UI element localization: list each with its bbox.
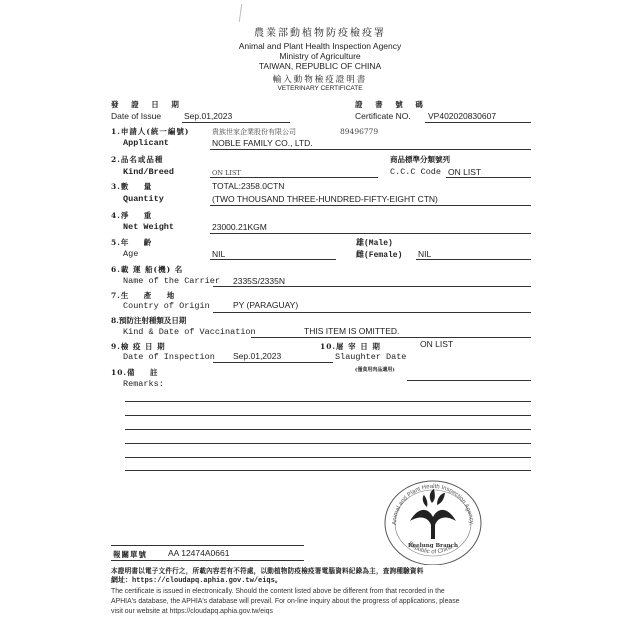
agency-name-cn: 農業部動植物防疫檢疫署 [0,24,640,39]
origin-label: Country of Origin [123,301,210,311]
vaccination-underline [251,337,531,338]
kind-underline [210,177,378,178]
slaughter-underline [407,380,531,381]
remarks-line-3 [125,429,531,430]
sex-value: NIL [418,249,431,259]
inspection-label: Date of Inspection [123,352,215,362]
official-seal: Animal and Plant Health Inspection Agenc… [382,477,484,565]
certificate-no-underline [425,122,531,123]
ccc-label-cn: 商品標準分類號列 [390,154,450,165]
remarks-line-6 [125,470,531,471]
remarks-line-1 [125,401,531,402]
age-value: NIL [212,249,225,259]
quantity-total: TOTAL:2358.0CTN [212,181,284,191]
age-label-cn: 5.年 齡 [111,237,152,248]
remarks-line-2 [125,415,531,416]
remarks-line-4 [125,443,531,444]
weight-value: 23000.21KGM [212,222,267,232]
issue-date-label: Date of Issue [111,111,161,121]
applicant-underline [210,149,531,150]
quantity-underline [210,205,531,206]
origin-value: PY (PARAGUAY) [233,300,298,310]
plant-emblem-icon [410,489,456,539]
footer-en-line-3: visit our website at https://cloudapq.ap… [111,608,273,615]
quantity-label: Quantity [123,194,164,204]
carrier-label-cn: 6.載 運 船(機) 名 [111,264,183,275]
origin-underline [213,312,531,313]
weight-label: Net Weight [123,222,174,232]
inspection-value: Sep.01,2023 [233,351,281,361]
vaccination-label: Kind & Date of Vaccination [123,327,256,337]
ccc-value: ON LIST [448,167,481,177]
kind-label: Kind/Breed [123,167,174,177]
agency-name-en: Animal and Plant Health Inspection Agenc… [0,41,640,51]
inspection-underline [213,362,333,363]
report-underline [111,560,304,561]
sex-female-label: 雌(Female) [356,249,402,260]
age-label: Age [123,249,138,259]
footer-cn-line-2: 網址：https://cloudapq.aphia.gov.tw/eiqs。 [111,575,282,585]
sex-underline [416,259,531,260]
applicant-id: 89496779 [340,127,378,136]
slaughter-value: ON LIST [420,339,453,349]
vaccination-value: THIS ITEM IS OMITTED. [304,326,399,336]
ministry-name: Ministry of Agriculture [0,51,640,61]
certificate-no-label: Certificate NO. [355,111,411,121]
weight-underline [210,233,531,234]
carrier-value: 2335S/2335N [233,276,285,286]
footer-cn-line-1: 本證明書以電子文件行之，所載內容若有不符處，以動植物防疫檢疫署電腦資料紀錄為主，… [111,565,424,575]
kind-label-cn: 2.品名或品種 [111,154,163,165]
inspection-label-cn: 9.檢 疫 日 期 [111,341,166,352]
country-name: TAIWAN, REPUBLIC OF CHINA [0,61,640,71]
origin-label-cn: 7.生 產 地 [111,290,175,301]
weight-label-cn: 4.淨 重 [111,210,152,221]
issue-date-label-cn: 發 證 日 期 [111,99,184,110]
ccc-label: C.C.C Code [390,167,441,177]
report-label-cn: 報關單號 [113,549,147,560]
report-topline [111,545,304,546]
applicant-value: NOBLE FAMILY CO., LTD. [212,138,313,148]
sex-male-label: 雄(Male) [356,237,393,248]
quantity-label-cn: 3.數 量 [111,181,152,192]
pen-mark [239,4,242,22]
remarks-line-5 [125,457,531,458]
seal-branch: Keelung Branch [408,543,458,549]
footer-en-line-2: APHIA's database, the APHIA's database w… [111,598,460,605]
footer-en-line-1: The certificate is issued in electronica… [111,588,445,595]
remarks-label-cn: 10.備 註 [111,367,159,378]
remarks-label: Remarks: [123,379,164,389]
slaughter-label-cn: 10.屠 宰 日 期 [320,341,381,352]
slaughter-note: (僅食用肉品適用) [355,366,395,373]
applicant-label-cn: 1.申請人(統一編號) [111,126,189,137]
issue-date-value: Sep.01,2023 [184,111,232,121]
certificate-title-cn: 輸入動物檢疫證明書 [0,73,640,85]
ccc-underline [446,177,531,178]
slaughter-label: Slaughter Date [335,352,406,362]
certificate-no-value: VP402020830607 [428,111,496,121]
certificate-no-label-cn: 證 書 號 碼 [355,99,428,110]
applicant-label: Applicant [123,138,169,148]
kind-value: ON LIST [212,169,241,177]
certificate-title-en: VETERINARY CERTIFICATE [0,85,640,92]
age-underline [210,259,336,260]
vaccination-label-cn: 8.預防注射種類及日期 [111,315,186,326]
carrier-label: Name of the Carrier [123,276,220,286]
applicant-name-cn: 貴族世家企業股份有限公司 [212,127,296,137]
issue-date-underline [182,122,290,123]
carrier-underline [213,286,531,287]
report-value: AA 12474A0661 [168,548,229,558]
quantity-words: (TWO THOUSAND THREE-HUNDRED-FIFTY-EIGHT … [212,194,438,204]
